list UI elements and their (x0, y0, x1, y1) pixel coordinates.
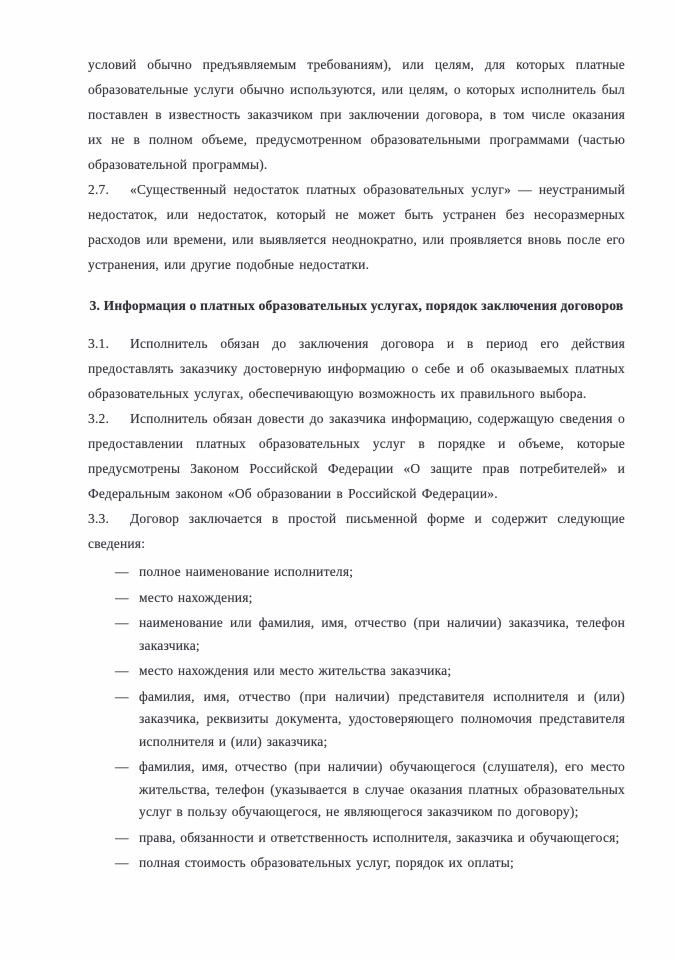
list-item: — место нахождения или место жительства … (115, 660, 625, 683)
section-3-heading: 3. Информация о платных образовательных … (88, 293, 625, 318)
contract-details-list: — полное наименование исполнителя; — мес… (115, 561, 625, 875)
clause-number: 2.7. (88, 177, 130, 202)
dash-bullet: — (115, 827, 139, 850)
list-item-text: права, обязанности и ответственность исп… (139, 827, 625, 850)
paragraph-3-2: 3.2.Исполнитель обязан довести до заказч… (88, 406, 625, 506)
clause-number: 3.1. (88, 331, 130, 356)
list-item: — права, обязанности и ответственность и… (115, 827, 625, 850)
list-item-text: место нахождения или место жительства за… (139, 660, 625, 683)
list-item-text: фамилия, имя, отчество (при наличии) пре… (139, 686, 625, 754)
dash-bullet: — (115, 756, 139, 824)
list-item: — наименование или фамилия, имя, отчеств… (115, 612, 625, 657)
list-item-text: наименование или фамилия, имя, отчество … (139, 612, 625, 657)
paragraph-text: Исполнитель обязан до заключения договор… (88, 336, 625, 401)
list-item: — полная стоимость образовательных услуг… (115, 852, 625, 875)
paragraph-text: Договор заключается в простой письменной… (88, 511, 625, 551)
dash-bullet: — (115, 852, 139, 875)
dash-bullet: — (115, 612, 139, 657)
dash-bullet: — (115, 686, 139, 754)
dash-bullet: — (115, 561, 139, 584)
document-page: условий обычно предъявляемым требованиям… (0, 0, 674, 960)
list-item-text: фамилия, имя, отчество (при наличии) обу… (139, 756, 625, 824)
paragraph-text: условий обычно предъявляемым требованиям… (88, 57, 625, 172)
paragraph-3-3: 3.3.Договор заключается в простой письме… (88, 506, 625, 556)
list-item-text: полное наименование исполнителя; (139, 561, 625, 584)
dash-bullet: — (115, 587, 139, 610)
list-item-text: место нахождения; (139, 587, 625, 610)
list-item-text: полная стоимость образовательных услуг, … (139, 852, 625, 875)
paragraph-text: «Существенный недостаток платных образов… (88, 182, 625, 272)
paragraph-continuation: условий обычно предъявляемым требованиям… (88, 52, 625, 177)
list-item: — фамилия, имя, отчество (при наличии) о… (115, 756, 625, 824)
clause-number: 3.3. (88, 506, 130, 531)
clause-number: 3.2. (88, 406, 130, 431)
list-item: — фамилия, имя, отчество (при наличии) п… (115, 686, 625, 754)
dash-bullet: — (115, 660, 139, 683)
list-item: — место нахождения; (115, 587, 625, 610)
paragraph-3-1: 3.1.Исполнитель обязан до заключения дог… (88, 331, 625, 406)
list-item: — полное наименование исполнителя; (115, 561, 625, 584)
paragraph-text: Исполнитель обязан довести до заказчика … (88, 411, 625, 501)
paragraph-2-7: 2.7.«Существенный недостаток платных обр… (88, 177, 625, 277)
